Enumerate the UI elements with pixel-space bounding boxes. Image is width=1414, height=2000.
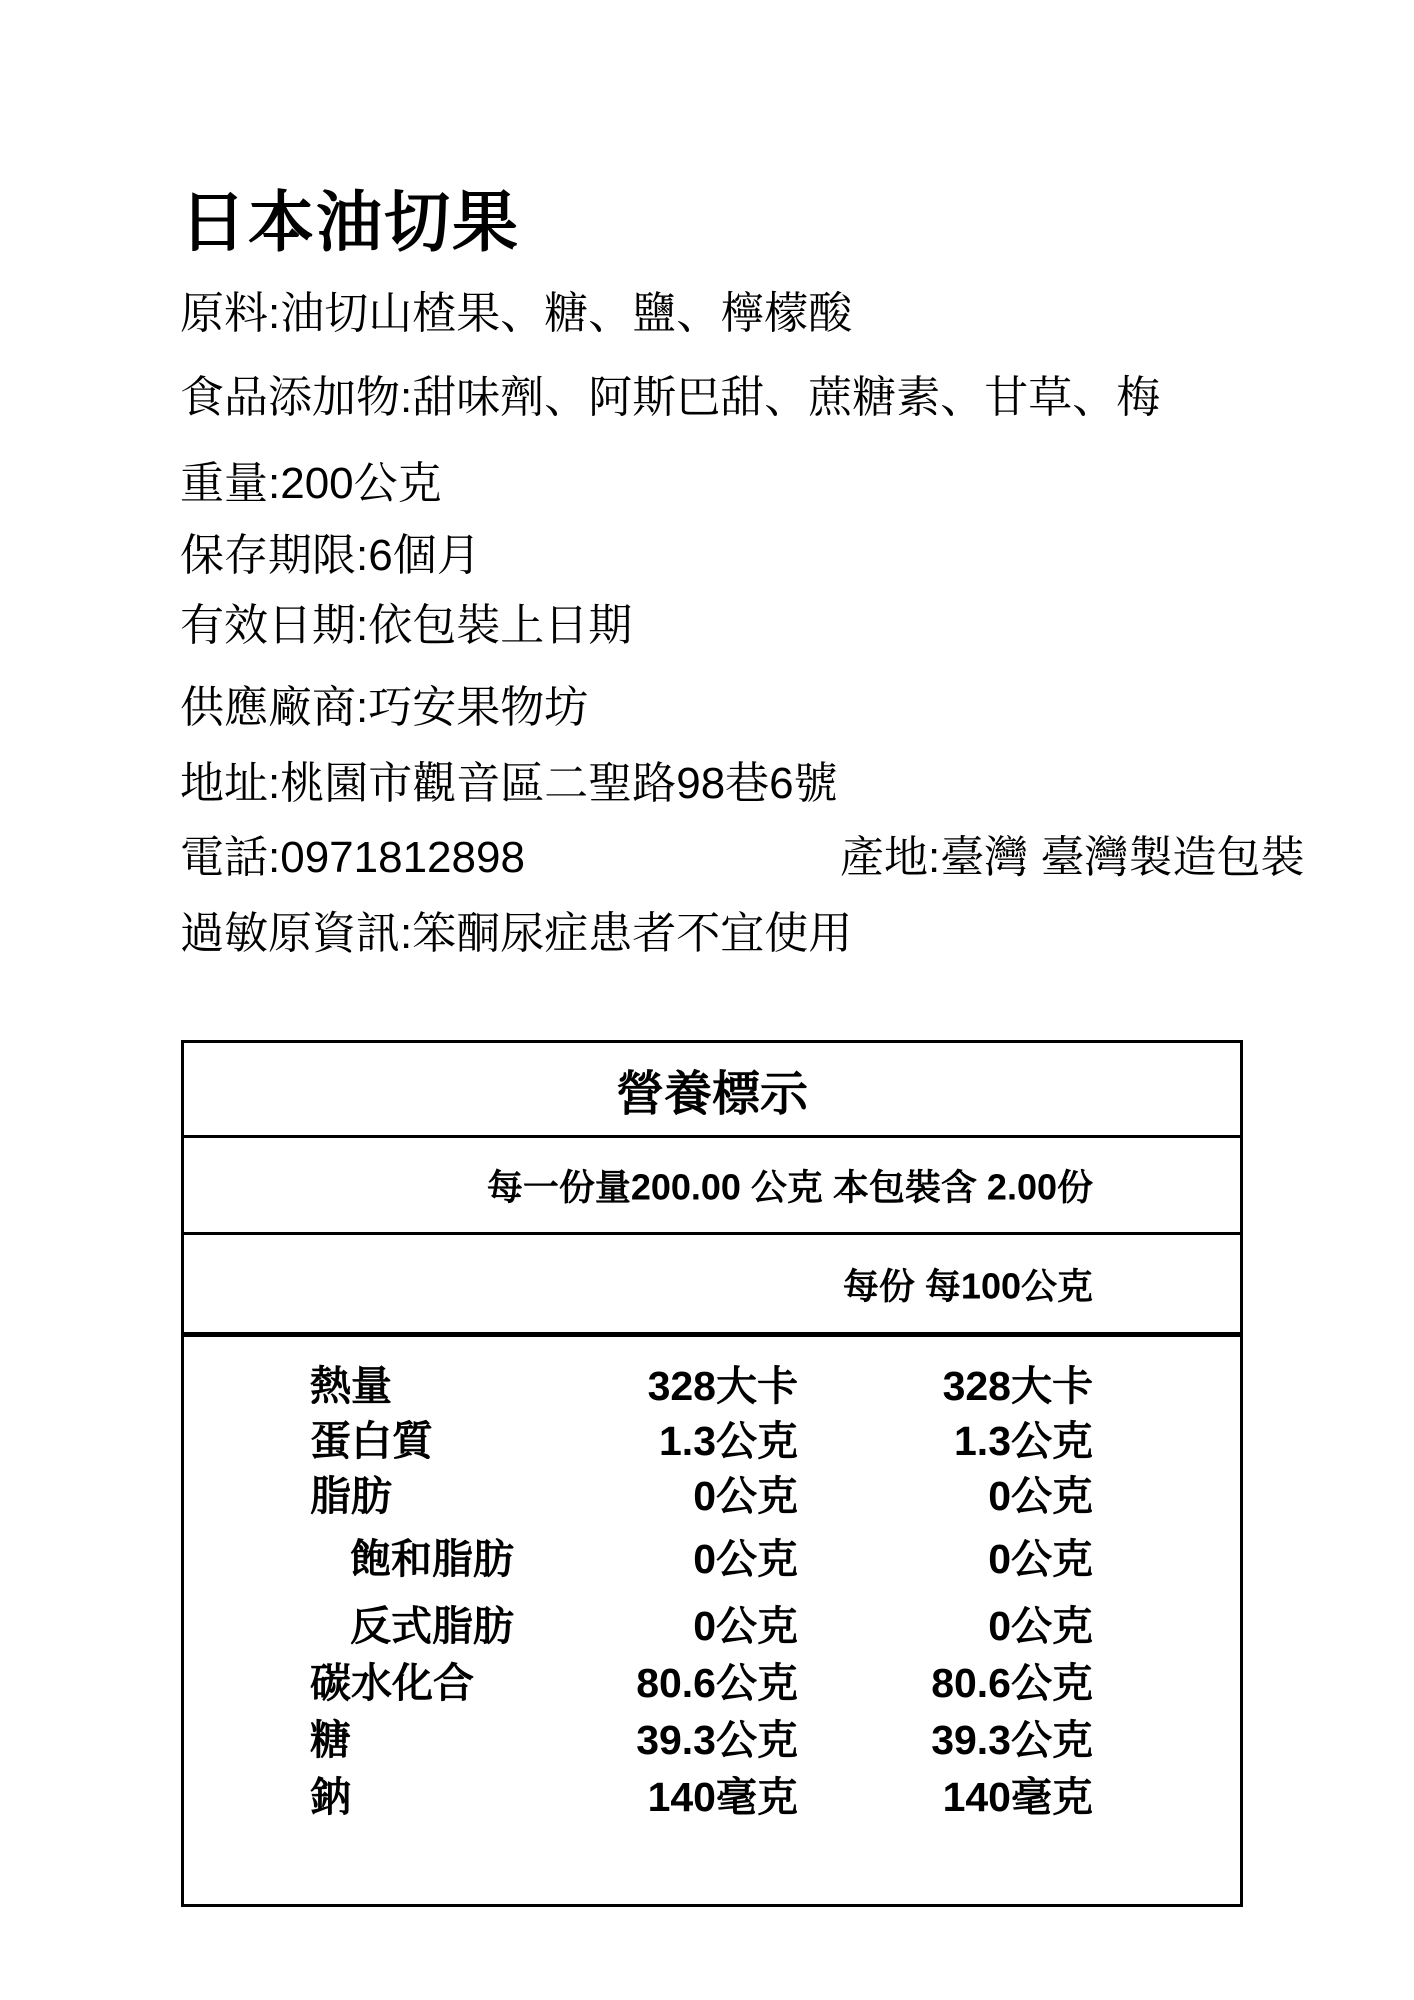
nutrition-data-area: 熱量 328大卡 328大卡 蛋白質 1.3公克 1.3公克 脂肪 0公克 0公…: [184, 1337, 1240, 1895]
shelf-life-line: 保存期限:6個月: [180, 534, 481, 578]
additives-line: 食品添加物:甜味劑、阿斯巴甜、蔗糖素、甘草、梅: [180, 376, 1160, 420]
row-value-per-serving: 328大卡: [648, 1366, 798, 1407]
nutrition-row-trans-fat: 反式脂肪 0公克 0公克: [184, 1606, 1240, 1656]
row-value-per-serving: 0公克: [693, 1606, 798, 1647]
row-label: 脂肪: [310, 1476, 392, 1517]
serving-info-row: 每一份量200.00 公克 本包裝含 2.00份: [184, 1138, 1240, 1235]
row-value-per-100g: 1.3公克: [954, 1421, 1093, 1462]
column-header-text: 每份 每100公克: [843, 1258, 1093, 1309]
address-line: 地址:桃園市觀音區二聖路98巷6號: [180, 762, 838, 806]
row-value-per-serving: 80.6公克: [636, 1663, 798, 1704]
product-info-page: 日本油切果 原料:油切山楂果、糖、鹽、檸檬酸 食品添加物:甜味劑、阿斯巴甜、蔗糖…: [0, 0, 1414, 2000]
row-value-per-100g: 140毫克: [943, 1777, 1093, 1818]
row-label: 反式脂肪: [350, 1606, 514, 1647]
column-header-row: 每份 每100公克: [184, 1235, 1240, 1337]
row-value-per-100g: 39.3公克: [931, 1720, 1093, 1761]
row-value-per-100g: 328大卡: [943, 1366, 1093, 1407]
row-label: 鈉: [310, 1777, 351, 1818]
nutrition-row-sugar: 糖 39.3公克 39.3公克: [184, 1720, 1240, 1770]
origin-text: 產地:臺灣 臺灣製造包裝: [840, 836, 1304, 880]
phone-text: 電話:0971812898: [180, 833, 525, 882]
row-value-per-serving: 140毫克: [648, 1777, 798, 1818]
row-value-per-100g: 80.6公克: [931, 1663, 1093, 1704]
row-label: 糖: [310, 1720, 351, 1761]
product-title: 日本油切果: [180, 189, 520, 255]
row-value-per-100g: 0公克: [988, 1606, 1093, 1647]
expiry-line: 有效日期:依包裝上日期: [180, 604, 632, 648]
nutrition-row-sodium: 鈉 140毫克 140毫克: [184, 1777, 1240, 1827]
ingredients-line: 原料:油切山楂果、糖、鹽、檸檬酸: [180, 292, 852, 336]
row-value-per-serving: 0公克: [693, 1539, 798, 1580]
nutrition-row-protein: 蛋白質 1.3公克 1.3公克: [184, 1421, 1240, 1471]
serving-info-text: 每一份量200.00 公克 本包裝含 2.00份: [487, 1160, 1093, 1211]
row-value-per-100g: 0公克: [988, 1539, 1093, 1580]
nutrition-row-fat: 脂肪 0公克 0公克: [184, 1476, 1240, 1526]
row-label: 碳水化合: [310, 1663, 474, 1704]
nutrition-row-calories: 熱量 328大卡 328大卡: [184, 1366, 1240, 1416]
supplier-line: 供應廠商:巧安果物坊: [180, 686, 588, 730]
nutrition-row-carbohydrate: 碳水化合 80.6公克 80.6公克: [184, 1663, 1240, 1713]
allergen-line: 過敏原資訊:笨酮尿症患者不宜使用: [180, 912, 852, 956]
nutrition-table: 營養標示 每一份量200.00 公克 本包裝含 2.00份 每份 每100公克 …: [181, 1040, 1243, 1907]
row-value-per-serving: 0公克: [693, 1476, 798, 1517]
row-value-per-serving: 39.3公克: [636, 1720, 798, 1761]
nutrition-table-title: 營養標示: [184, 1043, 1240, 1138]
row-value-per-100g: 0公克: [988, 1476, 1093, 1517]
row-label: 熱量: [310, 1366, 392, 1407]
weight-line: 重量:200公克: [180, 462, 442, 506]
row-label: 蛋白質: [310, 1421, 433, 1462]
row-value-per-serving: 1.3公克: [659, 1421, 798, 1462]
row-label: 飽和脂肪: [350, 1539, 514, 1580]
phone-origin-line: 電話:0971812898 產地:臺灣 臺灣製造包裝: [180, 836, 525, 880]
nutrition-row-saturated-fat: 飽和脂肪 0公克 0公克: [184, 1539, 1240, 1589]
